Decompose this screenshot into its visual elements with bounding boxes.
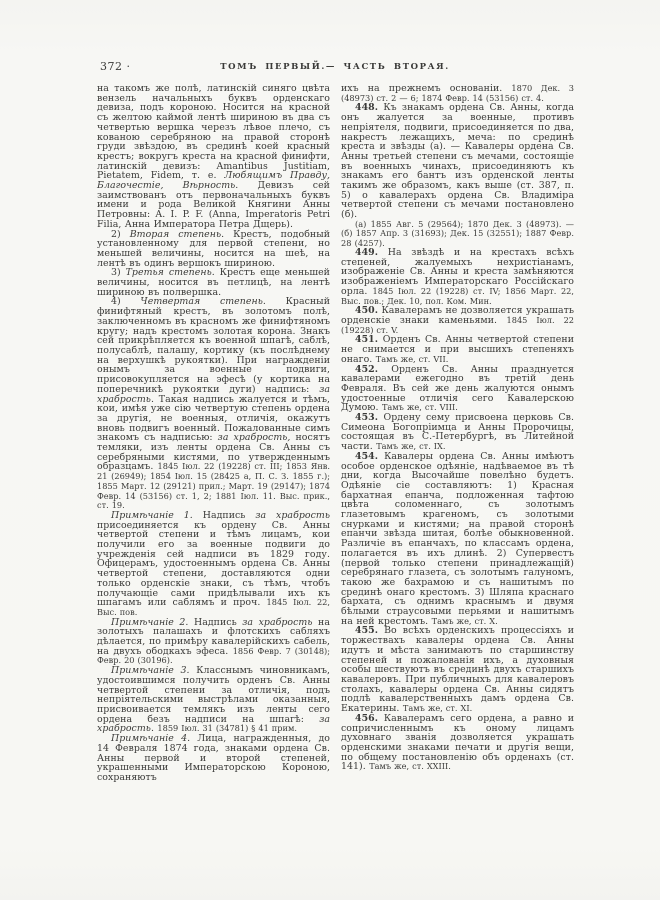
body-text: Къ знакамъ ордена Св. Анны, когда онъ жа…: [341, 102, 574, 220]
book-page-scan: 372 · ТОМЪ ПЕРВЫЙ.— ЧАСТЬ ВТОРАЯ. на так…: [0, 0, 660, 900]
body-text: присоединяется къ ордену Св. Анны четвер…: [97, 520, 330, 609]
citation-text: Тамъ же, ст. XI.: [403, 703, 472, 713]
paragraph: 450. Кавалерамъ не дозволяется украшать …: [341, 306, 574, 335]
body-text: на такомъ же полѣ, латинскій синяго цвѣт…: [97, 83, 330, 181]
citation-text: Тамъ же, ст. IX.: [376, 441, 445, 451]
paragraph: на такомъ же полѣ, латинскій синяго цвѣт…: [97, 84, 330, 230]
paragraph: 4) Четвертая степень. Красный финифтяный…: [97, 297, 330, 510]
paragraph: ихъ на прежнемъ основаніи. 1870 Дек. 3 (…: [341, 84, 574, 103]
paragraph: 455. Во всѣхъ орденскихъ процессіяхъ и т…: [341, 626, 574, 713]
paragraph: Примѣчаніе 4. Лица, награжденныя, до 14 …: [97, 734, 330, 783]
paragraph: 451. Орденъ Св. Анны четвертой степени н…: [341, 335, 574, 364]
citation-text: 1845 Іюл. 22 (19228) ст. IV; 1856 Март. …: [341, 286, 574, 306]
paragraph: 2) Вторая степень. Крестъ, подобный уста…: [97, 230, 330, 269]
text-block: на такомъ же полѣ, латинскій синяго цвѣт…: [97, 84, 575, 783]
citation-text: Тамъ же, ст. VIII.: [382, 402, 458, 412]
body-text: Кавалеры ордена Св. Анны имѣютъ особое о…: [341, 451, 574, 627]
citation-text: Тамъ же, ст. VII.: [376, 354, 449, 364]
paragraph: 3) Третья степень. Крестъ еще меньшей ве…: [97, 268, 330, 297]
paragraph: 454. Кавалеры ордена Св. Анны имѣютъ осо…: [341, 452, 574, 627]
paragraph: (а) 1855 Авг. 5 (29564); 1870 Дек. 3 (48…: [341, 220, 574, 248]
body-text: Красный финифтяный крестъ, въ золотомъ п…: [97, 296, 330, 394]
body-text: (а) 1855 Авг. 5 (29564); 1870 Дек. 3 (48…: [341, 219, 574, 248]
running-head: 372 · ТОМЪ ПЕРВЫЙ.— ЧАСТЬ ВТОРАЯ.: [97, 60, 573, 74]
paragraph: Примѣчаніе 1. Надпись за храбрость присо…: [97, 511, 330, 618]
citation-text: Тамъ же, ст. X.: [432, 616, 498, 626]
paragraph: 448. Къ знакамъ ордена Св. Анны, когда о…: [341, 103, 574, 219]
paragraph: 452. Орденъ Св. Анны празднуется кавалер…: [341, 365, 574, 414]
citation-text: Тамъ же, ст. XXIII.: [369, 761, 451, 771]
body-text: Во всѣхъ орденскихъ процессіяхъ и торжес…: [341, 625, 574, 714]
body-text: Класснымъ чиновникамъ, удостоившимся пол…: [97, 665, 330, 725]
paragraph: 453. Ордену сему присвоена церковь Св. С…: [341, 413, 574, 452]
paragraph: 449. На звѣздѣ и на крестахъ всѣхъ степе…: [341, 248, 574, 306]
right-column: ихъ на прежнемъ основаніи. 1870 Дек. 3 (…: [341, 84, 574, 783]
paragraph: Примѣчаніе 3. Класснымъ чиновникамъ, удо…: [97, 666, 330, 734]
left-column: на такомъ же полѣ, латинскій синяго цвѣт…: [97, 84, 330, 783]
citation-text: 1859 Іюл. 31 (34781) § 41 прим.: [157, 723, 297, 733]
running-title: ТОМЪ ПЕРВЫЙ.— ЧАСТЬ ВТОРАЯ.: [97, 62, 573, 72]
paragraph: Примѣчаніе 2. Надпись за храбрость на зо…: [97, 618, 330, 667]
paragraph: 456. Кавалерамъ сего ордена, а равно и с…: [341, 714, 574, 772]
